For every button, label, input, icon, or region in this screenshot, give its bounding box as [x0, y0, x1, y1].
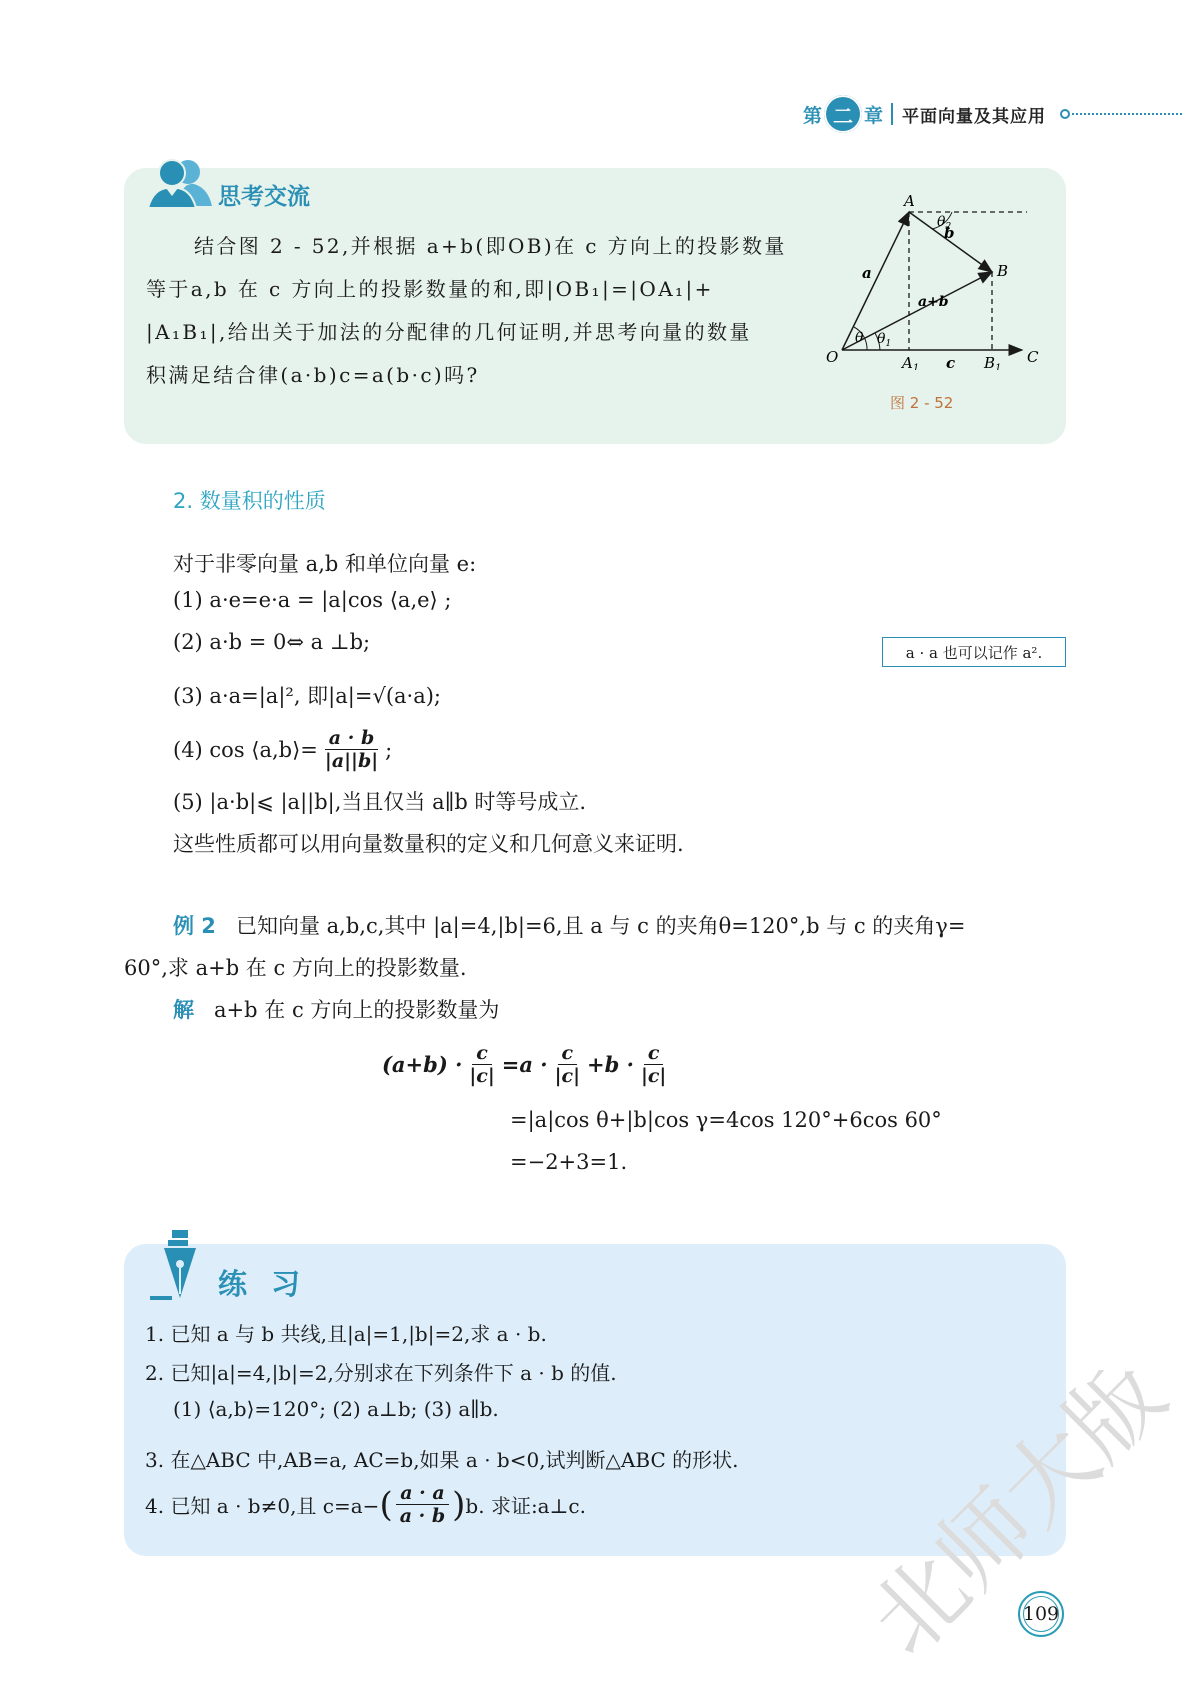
property-4-lhs: (4) cos ⟨a,b⟩= — [173, 738, 318, 762]
properties-intro: 对于非零向量 a,b 和单位向量 e: — [173, 548, 476, 578]
properties-conclusion: 这些性质都可以用向量数量积的定义和几何意义来证明. — [173, 828, 684, 858]
equation-line-1: (a+b) · c|c| =a · c|c| +b · c|c| — [382, 1042, 673, 1087]
svg-text:C: C — [1027, 348, 1039, 366]
example-line-1: 例 2 已知向量 a,b,c,其中 |a|=4,|b|=6,且 a 与 c 的夹… — [173, 910, 965, 940]
example-text-1: 已知向量 a,b,c,其中 |a|=4,|b|=6,且 a 与 c 的夹角θ=1… — [236, 914, 965, 938]
think-title: 思考交流 — [218, 178, 310, 211]
practice-item-2: 2. 已知|a|=4,|b|=2,分别求在下列条件下 a · b 的值. — [145, 1357, 617, 1386]
property-3: (3) a·a=|a|², 即|a|=√(a·a); — [173, 680, 441, 710]
chapter-title: 平面向量及其应用 — [902, 102, 1046, 127]
fraction-numerator: a · b — [325, 727, 378, 750]
pen-nib-icon — [150, 1228, 210, 1304]
header-dotted-rule — [1072, 113, 1182, 115]
page-number-badge: 109 — [1018, 1591, 1064, 1637]
solution-text: a+b 在 c 方向上的投影数量为 — [214, 998, 499, 1022]
fraction-denominator: |a||b| — [321, 750, 382, 772]
svg-text:O: O — [826, 348, 838, 366]
think-line-4: 积满足结合律(a·b)c=a(b·c)吗? — [146, 354, 801, 397]
svg-text:θ: θ — [855, 330, 864, 346]
people-icon — [146, 158, 212, 208]
chapter-prefix: 第 — [803, 101, 822, 128]
think-paragraph: 结合图 2 - 52,并根据 a+b(即OB)在 c 方向上的投影数量 等于a,… — [146, 225, 801, 397]
think-line-1: 结合图 2 - 52,并根据 a+b(即OB)在 c 方向上的投影数量 — [146, 225, 801, 268]
think-line-2: 等于a,b 在 c 方向上的投影数量的和,即|OB₁|=|OA₁|+ — [146, 268, 801, 311]
figure-caption: 图 2 - 52 — [890, 392, 953, 413]
chapter-header: 第 二 章 平面向量及其应用 — [803, 94, 1182, 134]
vector-projection-figure: A B O C A1 B1 c a b a+b θ θ1 θ2 — [822, 190, 1052, 370]
equation-line-3: =−2+3=1. — [510, 1150, 627, 1174]
example-label: 例 2 — [173, 914, 216, 938]
chapter-suffix: 章 — [864, 101, 883, 128]
svg-text:B1: B1 — [983, 354, 1001, 370]
page-number: 109 — [1023, 1596, 1059, 1632]
svg-text:B: B — [996, 262, 1008, 280]
header-dot-icon — [1060, 109, 1070, 119]
example-line-2: 60°,求 a+b 在 c 方向上的投影数量. — [124, 952, 467, 982]
side-note: a · a 也可以记作 a². — [882, 637, 1066, 667]
equation-line-2: =|a|cos θ+|b|cos γ=4cos 120°+6cos 60° — [510, 1108, 942, 1132]
practice-item-2-subparts: (1) ⟨a,b⟩=120°; (2) a⊥b; (3) a∥b. — [173, 1397, 499, 1421]
solution-label: 解 — [173, 998, 194, 1022]
svg-text:a+b: a+b — [918, 294, 949, 310]
practice-item-1: 1. 已知 a 与 b 共线,且|a|=1,|b|=2,求 a · b. — [145, 1318, 547, 1347]
solution-line: 解 a+b 在 c 方向上的投影数量为 — [173, 994, 499, 1024]
property-2: (2) a·b = 0⇔ a ⊥b; — [173, 630, 370, 654]
svg-text:θ1: θ1 — [877, 331, 891, 349]
fraction-c-over-norm-c: c|c| — [637, 1042, 670, 1087]
svg-text:a: a — [862, 264, 872, 282]
practice-item-4: 4. 已知 a · b≠0,且 c=a− ( a · a a · b ) b. … — [145, 1482, 586, 1527]
property-4: (4) cos ⟨a,b⟩= a · b |a||b| ; — [173, 727, 392, 772]
header-divider — [891, 103, 893, 125]
practice-item-3: 3. 在△ABC 中,AB=a, AC=b,如果 a · b<0,试判断△ABC… — [145, 1444, 738, 1473]
svg-text:A1: A1 — [900, 354, 919, 370]
property-5: (5) |a·b|⩽ |a||b|,当且仅当 a∥b 时等号成立. — [173, 786, 586, 816]
practice-4-fraction: a · a a · b — [396, 1482, 449, 1527]
section-title: 2. 数量积的性质 — [173, 485, 326, 515]
practice-title: 练习 — [218, 1262, 324, 1303]
property-1: (1) a·e=e·a = |a|cos ⟨a,e⟩ ; — [173, 588, 452, 612]
svg-text:c: c — [946, 354, 955, 370]
fraction-c-over-norm-c: c|c| — [551, 1042, 584, 1087]
chapter-number-badge: 二 — [824, 95, 862, 133]
property-4-fraction: a · b |a||b| — [321, 727, 382, 772]
fraction-c-over-norm-c: c|c| — [465, 1042, 498, 1087]
think-line-3: |A₁B₁|,给出关于加法的分配律的几何证明,并思考向量的数量 — [146, 311, 801, 354]
svg-text:A: A — [902, 192, 915, 210]
